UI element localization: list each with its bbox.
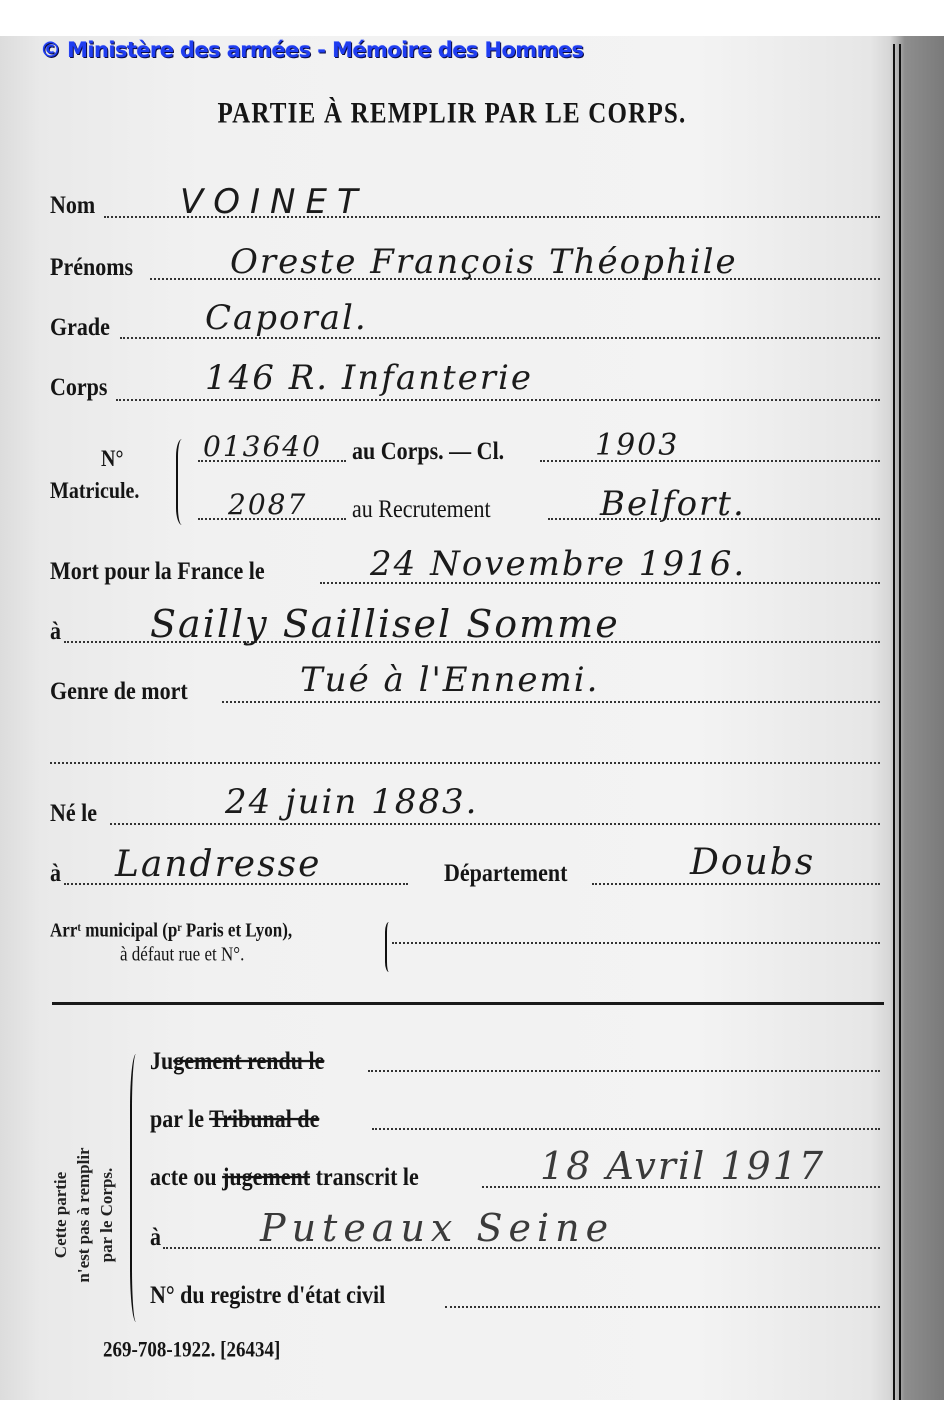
recrutement-value: Belfort.	[600, 484, 746, 524]
jugement-line	[368, 1070, 880, 1072]
prenoms-label: Prénoms	[50, 252, 133, 282]
genre-de-mort-line	[222, 701, 880, 703]
transcrit-a-value: Puteaux Seine	[260, 1206, 614, 1250]
departement-label: Département	[444, 858, 567, 888]
recrutement-label: au Recrutement	[352, 494, 491, 524]
transcrit-a-label: à	[150, 1222, 161, 1252]
genre-de-mort-label: Genre de mort	[50, 676, 188, 706]
mort-le-label: Mort pour la France le	[50, 556, 265, 586]
arrondissement-brace	[385, 922, 393, 972]
departement-value: Doubs	[690, 842, 815, 883]
prenoms-value: Oreste François Théophile	[230, 242, 738, 282]
matricule-label: Matricule.	[50, 479, 139, 505]
side-note-line: par le Corps.	[95, 1110, 118, 1320]
corps-line	[116, 399, 880, 401]
jugement-label: Jugement rendu le	[150, 1046, 324, 1076]
tribunal-label: par le Tribunal de	[150, 1104, 319, 1134]
arrondissement-sublabel: à défaut rue et N°.	[120, 943, 244, 966]
matricule-corps-number: 013640	[203, 430, 322, 463]
nom-label: Nom	[50, 190, 95, 220]
form-title: PARTIE À REMPLIR PAR LE CORPS.	[0, 97, 944, 130]
document-scan: © Ministère des armées - Mémoire des Hom…	[0, 36, 944, 1400]
ne-a-value: Landresse	[115, 844, 321, 885]
corps-label: Corps	[50, 372, 107, 402]
lower-section-brace	[130, 1054, 142, 1322]
mort-le-value: 24 Novembre 1916.	[370, 544, 746, 584]
genre-de-mort-value: Tué à l'Ennemi.	[300, 660, 599, 700]
matricule-recrutement-number: 2087	[228, 488, 307, 521]
grade-label: Grade	[50, 312, 110, 342]
tribunal-line	[372, 1128, 880, 1130]
ne-le-line	[110, 823, 880, 825]
matricule-corps-label: au Corps. — Cl.	[352, 436, 504, 466]
section-divider	[52, 1002, 884, 1005]
ne-a-label: à	[50, 858, 61, 888]
matricule-brace	[176, 439, 188, 525]
ne-le-label: Né le	[50, 798, 97, 828]
grade-value: Caporal.	[205, 298, 368, 338]
departement-line	[592, 883, 880, 885]
copyright-watermark: © Ministère des armées - Mémoire des Hom…	[40, 38, 583, 62]
mort-a-label: à	[50, 616, 61, 646]
margin-rule	[893, 44, 895, 1400]
side-note-line: n'est pas à remplir	[72, 1110, 95, 1320]
transcrit-value: 18 Avril 1917	[540, 1144, 825, 1188]
arrondissement-line	[392, 942, 880, 944]
margin-rule	[899, 44, 901, 1400]
side-note-line: Cette partie	[49, 1110, 72, 1320]
registre-label: N° du registre d'état civil	[150, 1280, 385, 1310]
registre-line	[445, 1306, 880, 1308]
blank-line	[50, 762, 880, 764]
mort-a-value: Sailly Saillisel Somme	[150, 602, 620, 646]
corps-value: 146 R. Infanterie	[205, 358, 533, 398]
classe-value: 1903	[595, 428, 679, 463]
nom-value: VOINET	[180, 182, 368, 222]
matricule-label-no: N°	[101, 447, 123, 473]
classe-line	[540, 460, 880, 462]
transcrit-label: acte ou jugement transcrit le	[150, 1162, 419, 1192]
arrondissement-label: Arrᵗ municipal (pʳ Paris et Lyon),	[50, 919, 292, 942]
side-note: Cette partie n'est pas à remplir par le …	[49, 1110, 121, 1320]
ne-le-value: 24 juin 1883.	[225, 782, 478, 822]
form-reference: 269-708-1922. [26434]	[103, 1338, 280, 1363]
